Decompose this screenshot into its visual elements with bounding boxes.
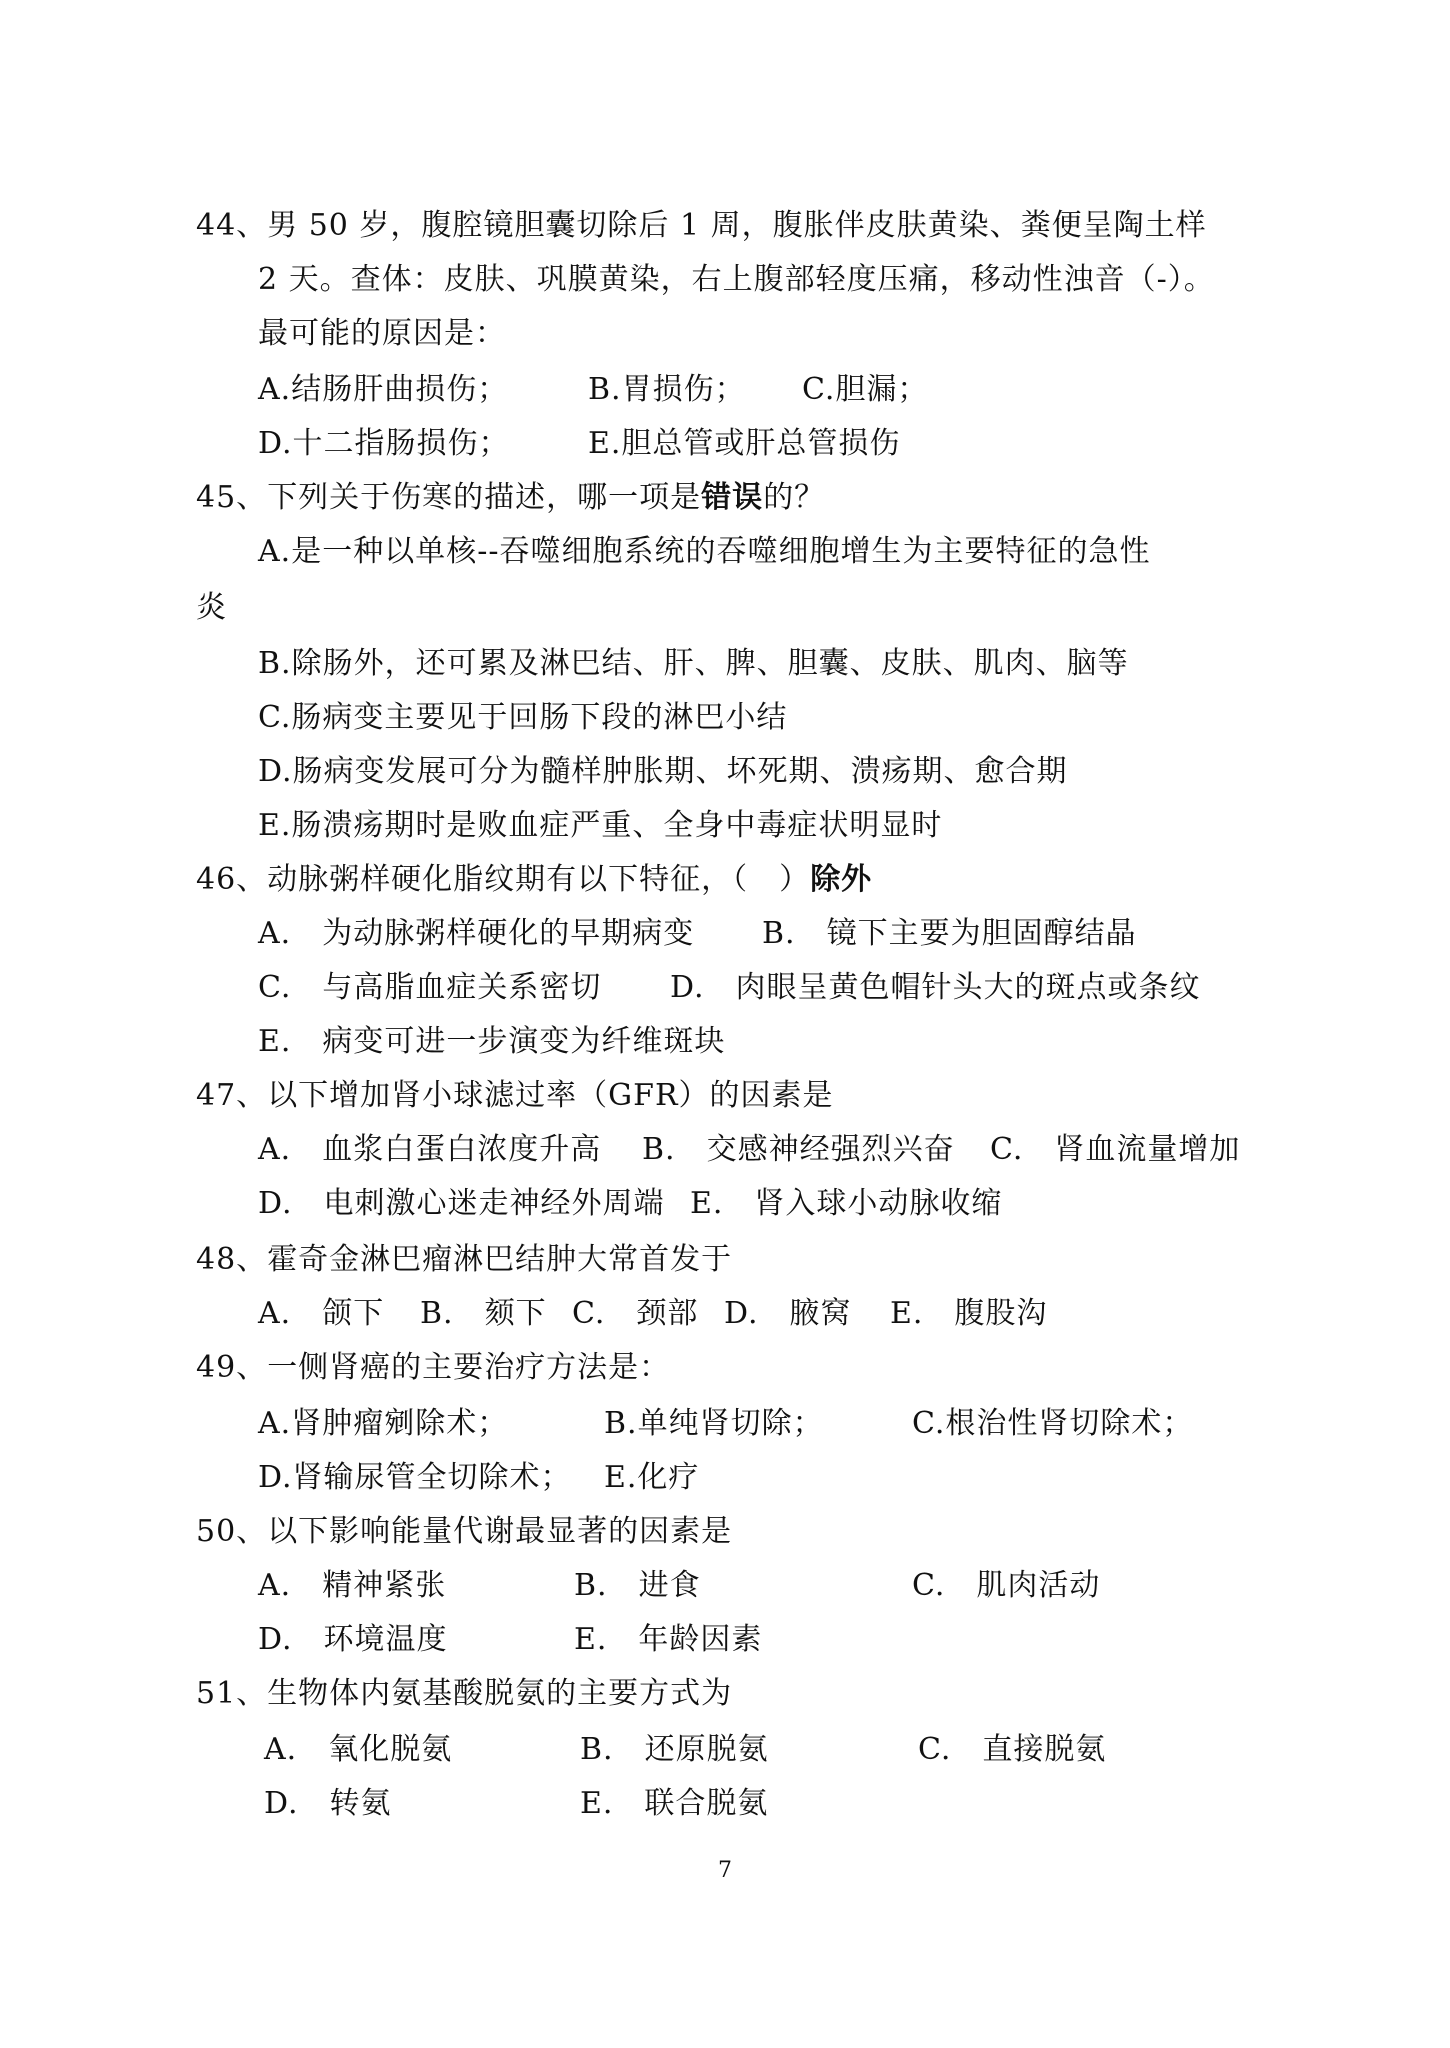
q48-option-d: D. 腋窝 bbox=[724, 1294, 852, 1334]
question-number: 45、 bbox=[196, 480, 267, 515]
q51-option-d: D. 转氨 bbox=[264, 1784, 392, 1824]
q44-option-d: D.十二指肠损伤； bbox=[258, 424, 510, 464]
question-50-stem: 50、以下影响能量代谢最显著的因素是 bbox=[196, 1512, 732, 1552]
q51-option-e: E. 联合脱氨 bbox=[580, 1784, 768, 1824]
stem-emphasis: 错误 bbox=[701, 480, 763, 515]
q46-option-d: D. 肉眼呈黄色帽针头大的斑点或条纹 bbox=[670, 968, 1201, 1008]
q46-option-e: E. 病变可进一步演变为纤维斑块 bbox=[258, 1022, 725, 1062]
q47-option-d: D. 电刺激心迷走神经外周端 bbox=[258, 1184, 665, 1224]
q45-option-b: B.除肠外，还可累及淋巴结、肝、脾、胆囊、皮肤、肌肉、脑等 bbox=[258, 644, 1129, 684]
stem-text: 生物体内氨基酸脱氨的主要方式为 bbox=[267, 1676, 732, 1711]
question-45-stem: 45、下列关于伤寒的描述，哪一项是错误的？ bbox=[196, 478, 825, 518]
question-51-stem: 51、生物体内氨基酸脱氨的主要方式为 bbox=[196, 1674, 732, 1714]
q48-option-b: B. 颏下 bbox=[420, 1294, 547, 1334]
q51-option-b: B. 还原脱氨 bbox=[580, 1730, 769, 1770]
q47-option-a: A. 血浆白蛋白浓度升高 bbox=[258, 1130, 601, 1170]
q47-option-c: C. 肾血流量增加 bbox=[990, 1130, 1240, 1170]
stem-emphasis: 除外 bbox=[810, 862, 872, 897]
q49-option-e: E.化疗 bbox=[604, 1458, 699, 1498]
q44-option-e: E.胆总管或肝总管损伤 bbox=[588, 424, 900, 464]
q51-option-a: A. 氧化脱氨 bbox=[264, 1730, 452, 1770]
q50-option-e: E. 年龄因素 bbox=[574, 1620, 762, 1660]
stem-text: 下列关于伤寒的描述，哪一项是 bbox=[267, 480, 701, 515]
question-44-stem: 44、男 50 岁，腹腔镜胆囊切除后 1 周，腹胀伴皮肤黄染、粪便呈陶土样 bbox=[196, 206, 1207, 246]
q49-option-d: D.肾输尿管全切除术； bbox=[258, 1458, 572, 1498]
page-number: 7 bbox=[0, 1858, 1450, 1883]
q48-option-c: C. 颈部 bbox=[572, 1294, 698, 1334]
q46-option-a: A. 为动脉粥样硬化的早期病变 bbox=[258, 914, 694, 954]
q44-option-b: B.胃损伤； bbox=[588, 370, 746, 410]
question-number: 49、 bbox=[196, 1350, 267, 1385]
q46-option-b: B. 镜下主要为胆固醇结晶 bbox=[762, 914, 1137, 954]
q45-option-a-wrap: 炎 bbox=[196, 588, 227, 628]
question-46-stem: 46、动脉粥样硬化脂纹期有以下特征，（ ）除外 bbox=[196, 860, 872, 900]
q50-option-a: A. 精神紧张 bbox=[258, 1566, 446, 1606]
q46-option-c: C. 与高脂血症关系密切 bbox=[258, 968, 601, 1008]
q45-option-c: C.肠病变主要见于回肠下段的淋巴小结 bbox=[258, 698, 787, 738]
stem-text: 以下增加肾小球滤过率（GFR）的因素是 bbox=[267, 1078, 833, 1113]
q45-option-e: E.肠溃疡期时是败血症严重、全身中毒症状明显时 bbox=[258, 806, 942, 846]
q49-option-b: B.单纯肾切除； bbox=[604, 1404, 824, 1444]
question-number: 48、 bbox=[196, 1242, 267, 1277]
question-number: 46、 bbox=[196, 862, 267, 897]
q47-option-e: E. 肾入球小动脉收缩 bbox=[690, 1184, 1002, 1224]
question-48-stem: 48、霍奇金淋巴瘤淋巴结肿大常首发于 bbox=[196, 1240, 732, 1280]
question-44-stem-line-2: 2 天。查体：皮肤、巩膜黄染，右上腹部轻度压痛，移动性浊音（-）。 bbox=[258, 260, 1215, 300]
stem-text: 一侧肾癌的主要治疗方法是： bbox=[267, 1350, 670, 1385]
q50-option-d: D. 环境温度 bbox=[258, 1620, 448, 1660]
q48-option-a: A. 颌下 bbox=[258, 1294, 384, 1334]
stem-end: 的？ bbox=[763, 480, 825, 515]
question-number: 47、 bbox=[196, 1078, 267, 1113]
question-49-stem: 49、一侧肾癌的主要治疗方法是： bbox=[196, 1348, 670, 1388]
q49-option-a: A.肾肿瘤剜除术； bbox=[258, 1404, 508, 1444]
q45-option-d: D.肠病变发展可分为髓样肿胀期、坏死期、溃疡期、愈合期 bbox=[258, 752, 1068, 792]
q44-option-c: C.胆漏； bbox=[802, 370, 928, 410]
q49-option-c: C.根治性肾切除术； bbox=[912, 1404, 1193, 1444]
stem-text: 以下影响能量代谢最显著的因素是 bbox=[267, 1514, 732, 1549]
q50-option-c: C. 肌肉活动 bbox=[912, 1566, 1100, 1606]
q47-option-b: B. 交感神经强烈兴奋 bbox=[642, 1130, 955, 1170]
question-47-stem: 47、以下增加肾小球滤过率（GFR）的因素是 bbox=[196, 1076, 834, 1116]
q50-option-b: B. 进食 bbox=[574, 1566, 701, 1606]
stem-text: 动脉粥样硬化脂纹期有以下特征，（ ） bbox=[267, 862, 810, 897]
question-number: 44、 bbox=[196, 208, 267, 243]
stem-line: 男 50 岁，腹腔镜胆囊切除后 1 周，腹胀伴皮肤黄染、粪便呈陶土样 bbox=[267, 208, 1206, 243]
stem-text: 霍奇金淋巴瘤淋巴结肿大常首发于 bbox=[267, 1242, 732, 1277]
q45-option-a: A.是一种以单核--吞噬细胞系统的吞噬细胞增生为主要特征的急性 bbox=[258, 532, 1150, 572]
question-number: 50、 bbox=[196, 1514, 267, 1549]
q44-option-a: A.结肠肝曲损伤； bbox=[258, 370, 508, 410]
q48-option-e: E. 腹股沟 bbox=[890, 1294, 1047, 1334]
question-number: 51、 bbox=[196, 1676, 267, 1711]
question-44-stem-line-3: 最可能的原因是： bbox=[258, 314, 506, 354]
q51-option-c: C. 直接脱氨 bbox=[918, 1730, 1106, 1770]
